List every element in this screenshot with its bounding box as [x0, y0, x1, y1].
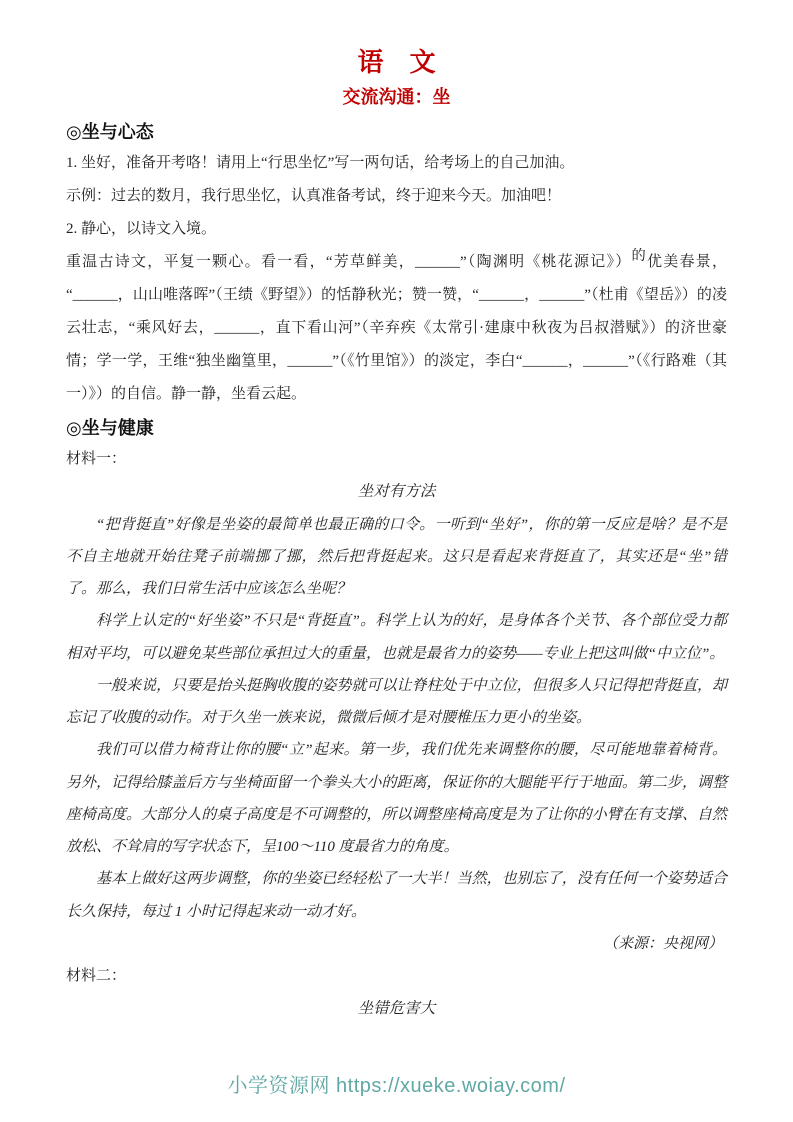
material-1-paragraph-1: “把背挺直”好像是坐姿的最简单也最正确的口令。一听到“坐好”，你的第一反应是啥？… — [66, 509, 727, 606]
section-heading-seat-and-health: ◎坐与健康 — [66, 415, 727, 443]
site-footer: 小学资源网 https://xueke.woiay.com/ — [0, 1069, 793, 1098]
poem-fill-in-blanks-paragraph: 重温古诗文，平复一颗心。看一看，“芳草鲜美，______”（陶渊明《桃花源记》）… — [66, 246, 727, 411]
poem-text-part1: 重温古诗文，平复一颗心。看一看，“芳草鲜美，______”（陶渊明《桃花源记》） — [66, 254, 632, 270]
material-1-paragraph-4: 我们可以借力椅背让你的腰“立”起来。第一步，我们优先来调整你的腰，尽可能地靠着椅… — [66, 734, 727, 863]
material-1-paragraph-5: 基本上做好这两步调整，你的坐姿已经轻松了一大半！当然，也别忘了，没有任何一个姿势… — [66, 863, 727, 928]
source-attribution: （来源：央视网） — [66, 928, 727, 960]
document-title: 语 文 — [66, 46, 727, 80]
poem-text-part2: 优美春景，“______，山山唯落晖”（王绩《野望》）的恬静秋光；赞一赞，“__… — [66, 254, 727, 402]
footer-site-link[interactable]: 小学资源网 https://xueke.woiay.com/ — [227, 1075, 565, 1097]
material-1-label: 材料一： — [66, 443, 727, 475]
poem-superscript-de: 的 — [632, 248, 648, 264]
material-1-title: 坐对有方法 — [66, 475, 727, 508]
material-1-paragraph-3: 一般来说，只要是抬头挺胸收腹的姿势就可以让脊柱处于中立位，但很多人只记得把背挺直… — [66, 670, 727, 735]
section-heading-seat-and-mindset: ◎坐与心态 — [66, 119, 727, 147]
question-1-example-answer: 示例：过去的数月，我行思坐忆，认真准备考试，终于迎来今天。加油吧！ — [66, 180, 727, 213]
document-subtitle: 交流沟通：坐 — [66, 86, 727, 109]
question-1: 1. 坐好，准备开考咯！请用上“行思坐忆”写一两句话，给考场上的自己加油。 — [66, 147, 727, 180]
exam-document-page: 语 文 交流沟通：坐 ◎坐与心态 1. 坐好，准备开考咯！请用上“行思坐忆”写一… — [0, 0, 793, 1122]
question-2: 2. 静心，以诗文入境。 — [66, 213, 727, 246]
material-2-label: 材料二： — [66, 960, 727, 992]
material-1-paragraph-2: 科学上认定的“好坐姿”不只是“背挺直”。科学上认为的好，是身体各个关节、各个部位… — [66, 605, 727, 670]
material-2-title: 坐错危害大 — [66, 992, 727, 1025]
